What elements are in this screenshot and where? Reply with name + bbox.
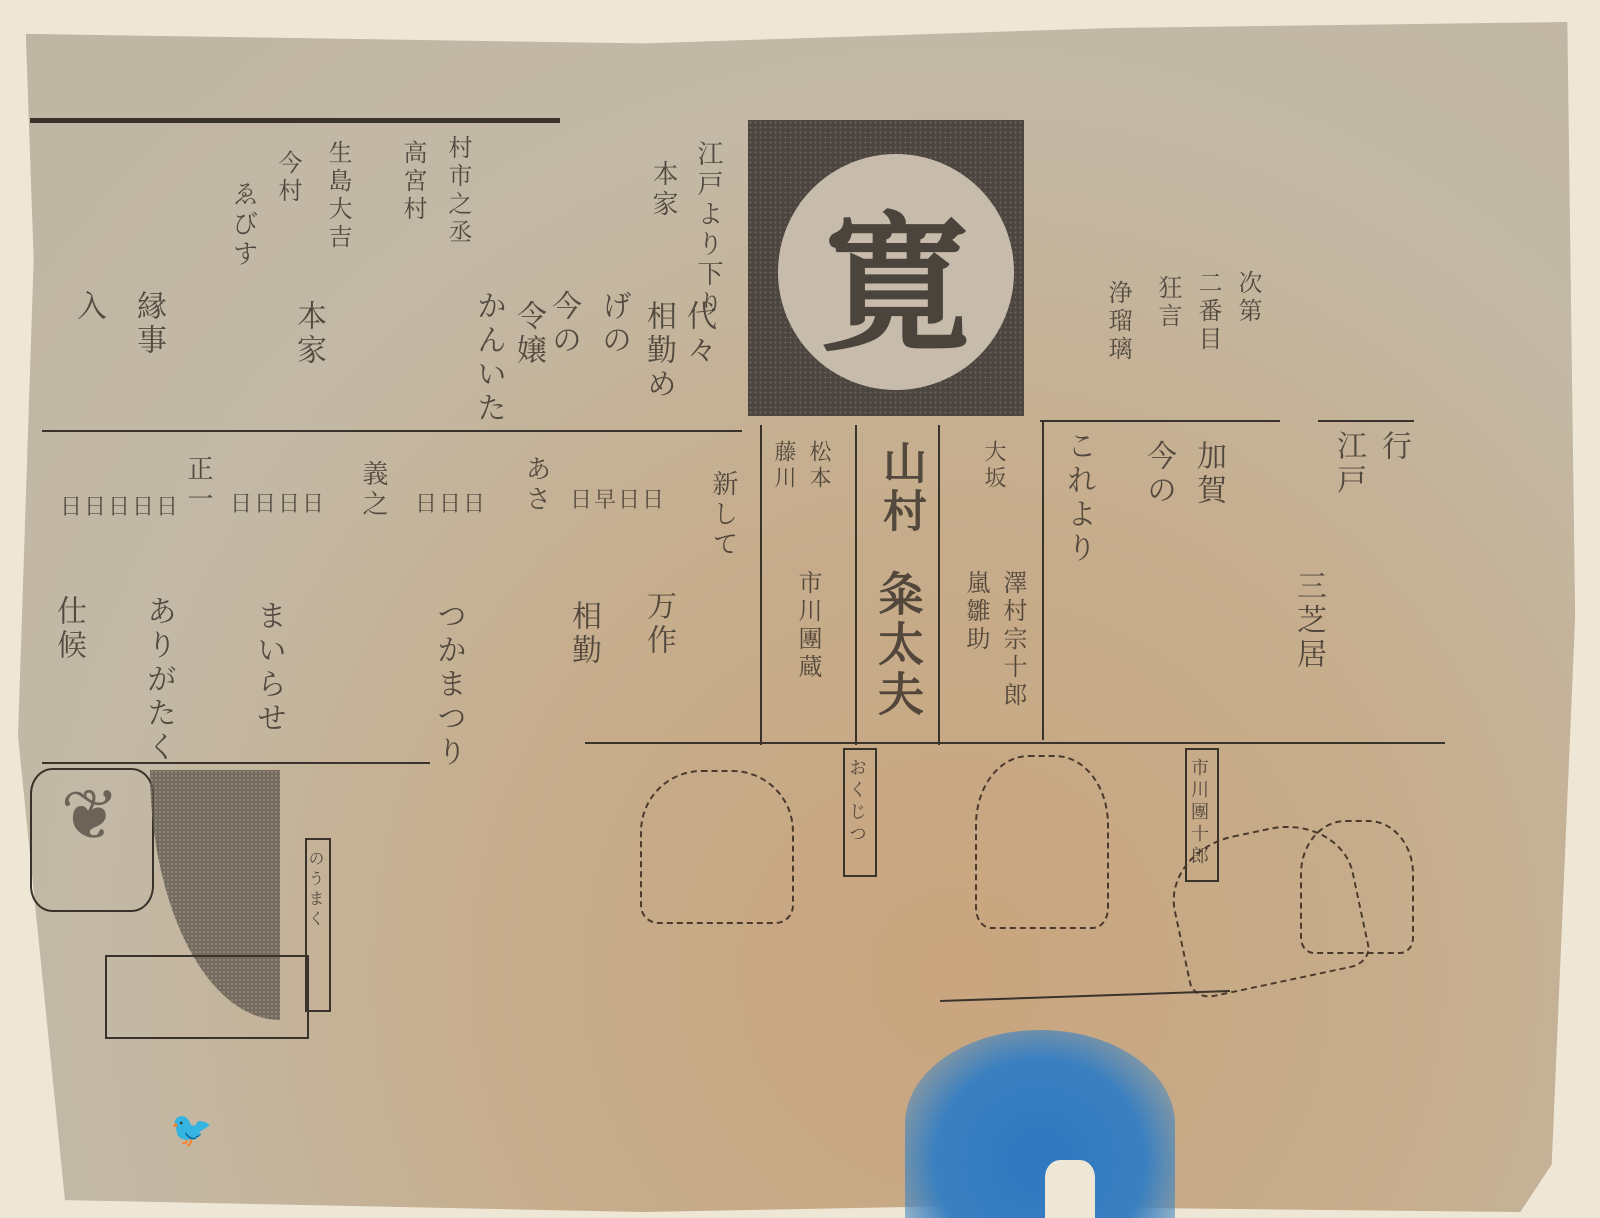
placard-left-text: のうまく [305, 850, 325, 930]
top-rule [30, 118, 560, 123]
vertical-divider-2 [855, 425, 857, 745]
seated-figure-center [975, 755, 1109, 929]
paper-tear [1045, 1160, 1095, 1218]
banner-sub-2: 嵐雛助 [958, 570, 994, 654]
paulownia-crest-icon: ❦ [40, 765, 140, 865]
middle-left-header-3: あさ [518, 455, 554, 515]
middle-left-col-6: つかまつり [430, 600, 466, 770]
banner-col-1: 松本 [800, 440, 836, 492]
middle-left-col-1: 仕候 [50, 595, 86, 663]
middle-left-col-5: 相勤 [565, 600, 601, 668]
day-marks-1: 日日日日日 [60, 490, 180, 521]
middle-right-col-3: 加賀 [1190, 440, 1226, 508]
crest-character: 寛 [821, 164, 971, 380]
top-left-sub-1: げの [595, 290, 631, 358]
lower-rule [42, 762, 430, 764]
seated-figure-monk [1300, 820, 1414, 954]
top-right-col-4: 浄瑠璃 [1100, 280, 1136, 364]
mid-rule-left [42, 430, 742, 432]
middle-left-header-4: 新して [705, 470, 741, 560]
middle-right-col-1: これより [1060, 430, 1096, 566]
top-right-col-3: 狂言 [1150, 275, 1186, 331]
mid-rule-far-right [1318, 420, 1414, 422]
seated-figure-left [640, 770, 794, 924]
top-center-col-2: 本家 [645, 160, 681, 220]
top-left-sub-2: 縁事 [130, 290, 166, 358]
middle-left-col-4: 万作 [640, 590, 676, 658]
day-marks-3: 日日日 [415, 487, 487, 518]
top-center-col-6: 令嬢 [510, 300, 546, 368]
top-left-col-3: 生島大吉 [320, 140, 356, 252]
bird-icon: 🐦 [170, 1110, 212, 1150]
top-right-col-1: 次第 [1230, 270, 1266, 326]
top-center-col-1: 江戸より下り [690, 140, 726, 320]
top-left-col-5: ゑびす [225, 180, 261, 270]
top-center-col-3: 代々 [680, 300, 716, 368]
middle-right-col-5: 三芝居 [1290, 570, 1326, 672]
vertical-divider-1 [760, 425, 762, 745]
banner-center-name: 粂太夫 [872, 570, 924, 720]
banner-col-4: 藤川 [765, 440, 801, 492]
lower-rule-right [585, 742, 1445, 744]
middle-right-col-4: 江戸 [1330, 430, 1366, 498]
blue-pigment-stain [905, 1030, 1175, 1218]
banner-sub-3: 澤村宗十郎 [995, 570, 1031, 710]
top-left-sub-5: 入 [70, 290, 106, 324]
day-marks-2: 日日日日 [230, 487, 326, 518]
top-left-col-2: 高宮村 [395, 140, 431, 224]
middle-right-col-6: 行 [1375, 430, 1411, 464]
middle-left-header-1: 正一 [180, 455, 216, 515]
vertical-divider-4 [1042, 420, 1044, 740]
top-center-col-5: 今の [545, 290, 581, 358]
top-right-col-2: 二番目 [1190, 270, 1226, 354]
top-left-col-4: 今村 [270, 150, 306, 206]
top-left-col-1: 村市之丞 [440, 135, 476, 247]
top-left-sub-4: 本家 [290, 300, 326, 368]
crest-block: 寛 [748, 120, 1024, 416]
placard-center-text: おくじつ [845, 758, 867, 846]
vertical-divider-3 [938, 425, 940, 745]
top-center-col-4: 相勤め [640, 300, 676, 402]
stage-box [105, 955, 309, 1039]
middle-left-col-2: ありがたく [140, 595, 176, 765]
day-marks-4: 日早日日 [570, 483, 666, 514]
crest-circle: 寛 [778, 154, 1014, 390]
middle-left-col-3: まいらせ [250, 600, 286, 736]
middle-right-col-2: 今の [1140, 440, 1176, 508]
mid-rule-right [1040, 420, 1280, 422]
top-left-sub-3: かんいた [470, 290, 506, 426]
middle-left-header-2: 義之 [355, 460, 391, 520]
banner-col-3: 大坂 [975, 440, 1011, 492]
banner-col-2: 山村 [875, 440, 925, 536]
banner-sub-1: 市川團蔵 [790, 570, 826, 682]
